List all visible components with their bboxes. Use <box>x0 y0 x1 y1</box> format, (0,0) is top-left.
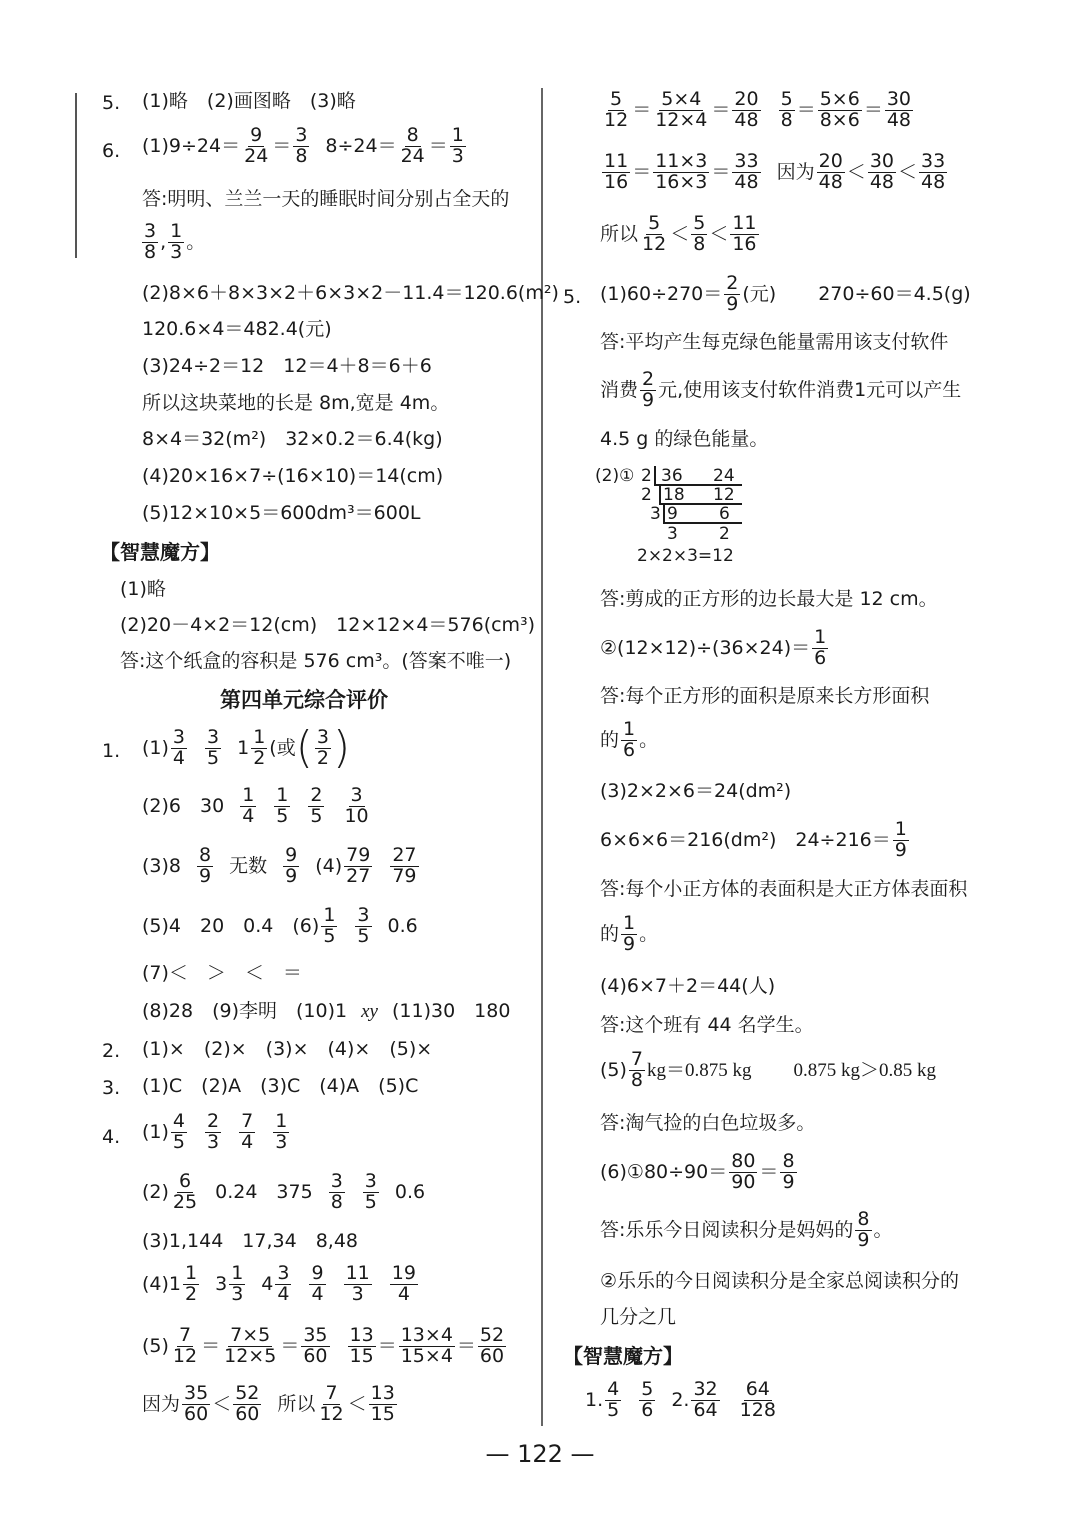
answer-text: 几分之几 <box>600 1308 676 1327</box>
fraction: 13×415×4 <box>399 1326 455 1367</box>
answer-text: 所以这块菜地的长是 8m,宽是 4m。 <box>142 394 449 413</box>
answer-text: 答:淘气捡的白色垃圾多。 <box>600 1114 815 1133</box>
answer-line: 的 16 。 <box>600 720 658 761</box>
section-heading: 【智慧魔方】 <box>100 542 220 562</box>
answer-line: (3)2×2×6＝24(dm²) <box>600 782 791 801</box>
answer-line: 6×6×6＝216(dm²) 24÷216＝ 19 <box>600 820 911 861</box>
question-number: 6. <box>102 140 120 162</box>
fraction: 94 <box>309 1264 325 1305</box>
answer-text: 答:这个纸盒的容积是 576 cm³。(答案不唯一) <box>120 652 511 671</box>
fraction: 32 <box>315 728 331 769</box>
fraction: 5×68×6 <box>818 90 862 131</box>
answer-line: 1116＝ 11×316×3＝ 3348 因为 2048＜ 3048＜ 3348 <box>600 152 949 193</box>
answer-text: ②乐乐的今日阅读积分是全家总阅读积分的 <box>600 1272 959 1291</box>
fraction: 13 <box>229 1264 245 1305</box>
answer-line: (2)6 30 14 15 25 310 <box>142 786 373 827</box>
question-number: 3. <box>102 1077 120 1099</box>
answer-line: (1)60÷270＝ 29 (元) 270÷60＝4.5(g) <box>600 274 971 315</box>
answer-text: 答:每个正方形的面积是原来长方形面积 <box>600 687 929 706</box>
answer-line: 1. 45 56 2. 3264 64128 <box>585 1380 780 1421</box>
answer-line: (2)8×6＋8×3×2＋6×3×2－11.4＝120.6(m²) <box>142 284 559 303</box>
answer-line: (5)4 20 0.4 (6) 15 35 0.6 <box>142 906 418 947</box>
fraction: 14 <box>240 786 256 827</box>
fraction: 89 <box>197 846 213 887</box>
answer-line: (4) 1 12 3 13 4 34 94 113 194 <box>142 1264 420 1305</box>
fraction: 2048 <box>732 90 760 131</box>
fraction: 5260 <box>478 1326 506 1367</box>
fraction: 7×512×5 <box>222 1326 278 1367</box>
expression: (1)9÷24＝ <box>142 137 240 156</box>
fraction: 15 <box>321 906 337 947</box>
fraction: 23 <box>205 1112 221 1153</box>
answer-line: (1)略 (2)画图略 (3)略 <box>142 92 356 111</box>
fraction: 16 <box>621 720 637 761</box>
answer-line: (3)1,144 17,34 8,48 <box>142 1232 358 1251</box>
fraction: 1116 <box>602 152 630 193</box>
answer-line: 消费 29 元,使用该支付软件消费1元可以产生 <box>600 370 961 411</box>
fraction: 38 <box>329 1172 345 1213</box>
fraction: 15 <box>274 786 290 827</box>
fraction: 113 <box>344 1264 372 1305</box>
fraction: 12 <box>251 728 267 769</box>
fraction: 712 <box>171 1326 199 1367</box>
fraction: 2779 <box>390 846 418 887</box>
answer-text: 答:每个小正方体的表面积是大正方体表面积 <box>600 880 967 899</box>
fraction: 5×412×4 <box>653 90 709 131</box>
answer-line: (5)12×10×5＝600dm³＝600L <box>142 504 421 523</box>
fraction: 310 <box>342 786 370 827</box>
fraction: 3560 <box>182 1384 210 1425</box>
fraction: 13 <box>168 222 184 263</box>
fraction: 12 <box>183 1264 199 1305</box>
fraction: 25 <box>308 786 324 827</box>
fraction: 38 <box>142 222 158 263</box>
answer-text: 答:明明、兰兰一天的睡眠时间分别占全天的 <box>142 190 509 209</box>
unit-title: 第四单元综合评价 <box>220 690 388 711</box>
fraction: 64128 <box>738 1380 778 1421</box>
fraction: 89 <box>780 1152 796 1193</box>
fraction: 19 <box>621 914 637 955</box>
fraction: 824 <box>399 126 427 167</box>
fraction: 34 <box>171 728 187 769</box>
fraction: 99 <box>283 846 299 887</box>
fraction: 35 <box>355 906 371 947</box>
fraction: 58 <box>779 90 795 131</box>
fraction: 1315 <box>369 1384 397 1425</box>
answer-line: (2) 625 0.24 375 38 35 0.6 <box>142 1172 425 1213</box>
answer-line: (6)①80÷90＝ 8090＝ 89 <box>600 1152 799 1193</box>
fraction: 194 <box>390 1264 418 1305</box>
fraction: 89 <box>855 1210 871 1251</box>
answer-line: (1) 34 35 1 12 (或 ( 32 ) <box>142 726 350 770</box>
answer-line: (7)＜ ＞ ＜ ＝ <box>142 964 302 983</box>
fraction: 8090 <box>729 1152 757 1193</box>
answer-line: (1)× (2)× (3)× (4)× (5)× <box>142 1040 432 1059</box>
fraction: 35 <box>205 728 221 769</box>
answer-text: 答:平均产生每克绿色能量需用该支付软件 <box>600 333 948 352</box>
fraction: 712 <box>317 1384 345 1425</box>
answer-line: (8)28 (9)李明 (10)1 xy (11)30 180 <box>142 1002 510 1021</box>
answer-line: (1)略 <box>120 580 166 599</box>
fraction: 29 <box>640 370 656 411</box>
answer-text: 答:这个班有 44 名学生。 <box>600 1016 814 1035</box>
answer-line: (3)24÷2＝12 12＝4＋8＝6＋6 <box>142 357 432 376</box>
fraction: 7927 <box>344 846 372 887</box>
fraction: 512 <box>640 214 668 255</box>
fraction: 625 <box>171 1172 199 1213</box>
answer-line: ②(12×12)÷(36×24)＝ 16 <box>600 628 830 669</box>
fraction: 3264 <box>691 1380 719 1421</box>
fraction: 45 <box>605 1380 621 1421</box>
answer-line: 512＝ 5×412×4＝ 2048 58＝ 5×68×6＝ 3048 <box>600 90 915 131</box>
question-number: 5. <box>563 286 581 308</box>
fraction: 38 <box>293 126 309 167</box>
fraction: 58 <box>691 214 707 255</box>
answer-line: 8×4＝32(m²) 32×0.2＝6.4(kg) <box>142 430 443 449</box>
fraction: 13 <box>273 1112 289 1153</box>
question-number: 5. <box>102 92 120 114</box>
fraction: 45 <box>171 1112 187 1153</box>
fraction: 1116 <box>730 214 758 255</box>
fraction: 34 <box>275 1264 291 1305</box>
fraction: 11×316×3 <box>653 152 709 193</box>
fraction: 3348 <box>732 152 760 193</box>
answer-line: 所以 512＜ 58＜ 1116 <box>600 214 761 255</box>
fraction: 3048 <box>868 152 896 193</box>
page-number: — 122 — <box>0 1440 1080 1468</box>
answer-line: (1) 45 23 74 13 <box>142 1112 291 1153</box>
section-heading: 【智慧魔方】 <box>563 1346 683 1366</box>
answer-line: 38 , 13 。 <box>140 222 205 263</box>
fraction: 3560 <box>301 1326 329 1367</box>
fraction: 512 <box>602 90 630 131</box>
expression: 8÷24＝ <box>325 137 396 156</box>
fraction: 74 <box>239 1112 255 1153</box>
fraction: 5260 <box>233 1384 261 1425</box>
fraction: 78 <box>629 1050 645 1091</box>
answer-line: (2)20－4×2＝12(cm) 12×12×4＝576(cm³) <box>120 616 535 635</box>
answer-line: 的 19 。 <box>600 914 658 955</box>
answer-text: 4.5 g 的绿色能量。 <box>600 430 768 449</box>
fraction: 13 <box>450 126 466 167</box>
answer-text: 答:剪成的正方形的边长最大是 12 cm。 <box>600 590 938 609</box>
answer-line: 120.6×4＝482.4(元) <box>142 320 332 339</box>
fraction: 1315 <box>348 1326 376 1367</box>
fraction: 3048 <box>885 90 913 131</box>
fraction: 29 <box>724 274 740 315</box>
fraction: 56 <box>639 1380 655 1421</box>
answer-line: (5) 712＝ 7×512×5＝ 3560 1315＝ 13×415×4＝ 5… <box>142 1326 508 1367</box>
question-number: 2. <box>102 1040 120 1062</box>
answer-line: (4)20×16×7÷(16×10)＝14(cm) <box>142 467 443 486</box>
answer-line: 因为 3560 ＜ 5260 所以 712 ＜ 1315 <box>142 1384 399 1425</box>
question-number: 4. <box>102 1126 120 1148</box>
answer-line: (4)6×7＋2＝44(人) <box>600 977 775 996</box>
fraction: 35 <box>363 1172 379 1213</box>
answer-line: (3)8 89 无数 99 (4) 7927 2779 <box>142 846 421 887</box>
binding-margin-line <box>75 93 77 258</box>
fraction: 3348 <box>919 152 947 193</box>
fraction: 924 <box>242 126 270 167</box>
answer-line: (5) 78 kg＝0.875 kg 0.875 kg＞0.85 kg <box>600 1050 936 1091</box>
fraction: 19 <box>893 820 909 861</box>
answer-line: (1)9÷24＝ 924 ＝ 38 8÷24＝ 824 ＝ 13 <box>142 126 468 167</box>
fraction: 16 <box>812 628 828 669</box>
question-number: 1. <box>102 740 120 762</box>
answer-line: 答:乐乐今日阅读积分是妈妈的 89 。 <box>600 1210 893 1251</box>
fraction: 2048 <box>817 152 845 193</box>
answer-line: (1)C (2)A (3)C (4)A (5)C <box>142 1077 418 1096</box>
